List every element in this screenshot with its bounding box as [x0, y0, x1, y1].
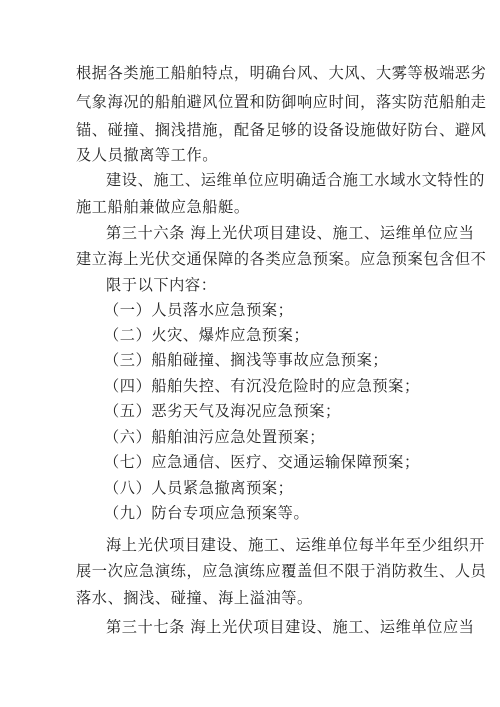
paragraph-line: 海上光伏项目建设、施工、运维单位每半年至少组织开 — [106, 535, 466, 555]
paragraph-line: 落水、搁浅、碰撞、海上溢油等。 — [76, 588, 436, 608]
paragraph-line: 锚、碰撞、搁浅措施，配备足够的设备设施做好防台、避风 — [76, 120, 436, 140]
paragraph-line: 建设、施工、运维单位应明确适合施工水域水文特性的 — [106, 170, 466, 190]
paragraph-line: 展一次应急演练，应急演练应覆盖但不限于消防救生、人员 — [76, 561, 436, 581]
list-item: （三）船舶碰撞、搁浅等事故应急预案； — [104, 350, 464, 370]
list-item: （五）恶劣天气及海况应急预案； — [104, 401, 464, 421]
document-page: 根据各类施工船舶特点，明确台风、大风、大雾等极端恶劣 气象海况的船舶避风位置和防… — [0, 0, 500, 707]
list-item: （四）船舶失控、有沉没危险时的应急预案； — [104, 376, 464, 396]
article-heading-37: 第三十七条 海上光伏项目建设、施工、运维单位应当 — [106, 617, 466, 637]
list-item: （六）船舶油污应急处置预案； — [104, 427, 464, 447]
list-item: （一）人员落水应急预案； — [104, 300, 464, 320]
article-heading-36: 第三十六条 海上光伏项目建设、施工、运维单位应当 — [106, 223, 466, 243]
paragraph-line: 建立海上光伏交通保障的各类应急预案。应急预案包含但不 — [76, 249, 436, 269]
paragraph-line: 根据各类施工船舶特点，明确台风、大风、大雾等极端恶劣 — [76, 63, 436, 83]
list-item: （七）应急通信、医疗、交通运输保障预案； — [104, 452, 464, 472]
paragraph-line: 及人员撤离等工作。 — [76, 145, 436, 165]
list-item: （二）火灾、爆炸应急预案； — [104, 325, 464, 345]
list-item: （九）防台专项应急预案等。 — [104, 503, 464, 523]
list-item: （八）人员紧急撤离预案； — [104, 478, 464, 498]
paragraph-line: 气象海况的船舶避风位置和防御响应时间，落实防范船舶走 — [76, 92, 436, 112]
paragraph-line: 施工船舶兼做应急船艇。 — [76, 197, 436, 217]
paragraph-line: 限于以下内容： — [106, 275, 466, 295]
